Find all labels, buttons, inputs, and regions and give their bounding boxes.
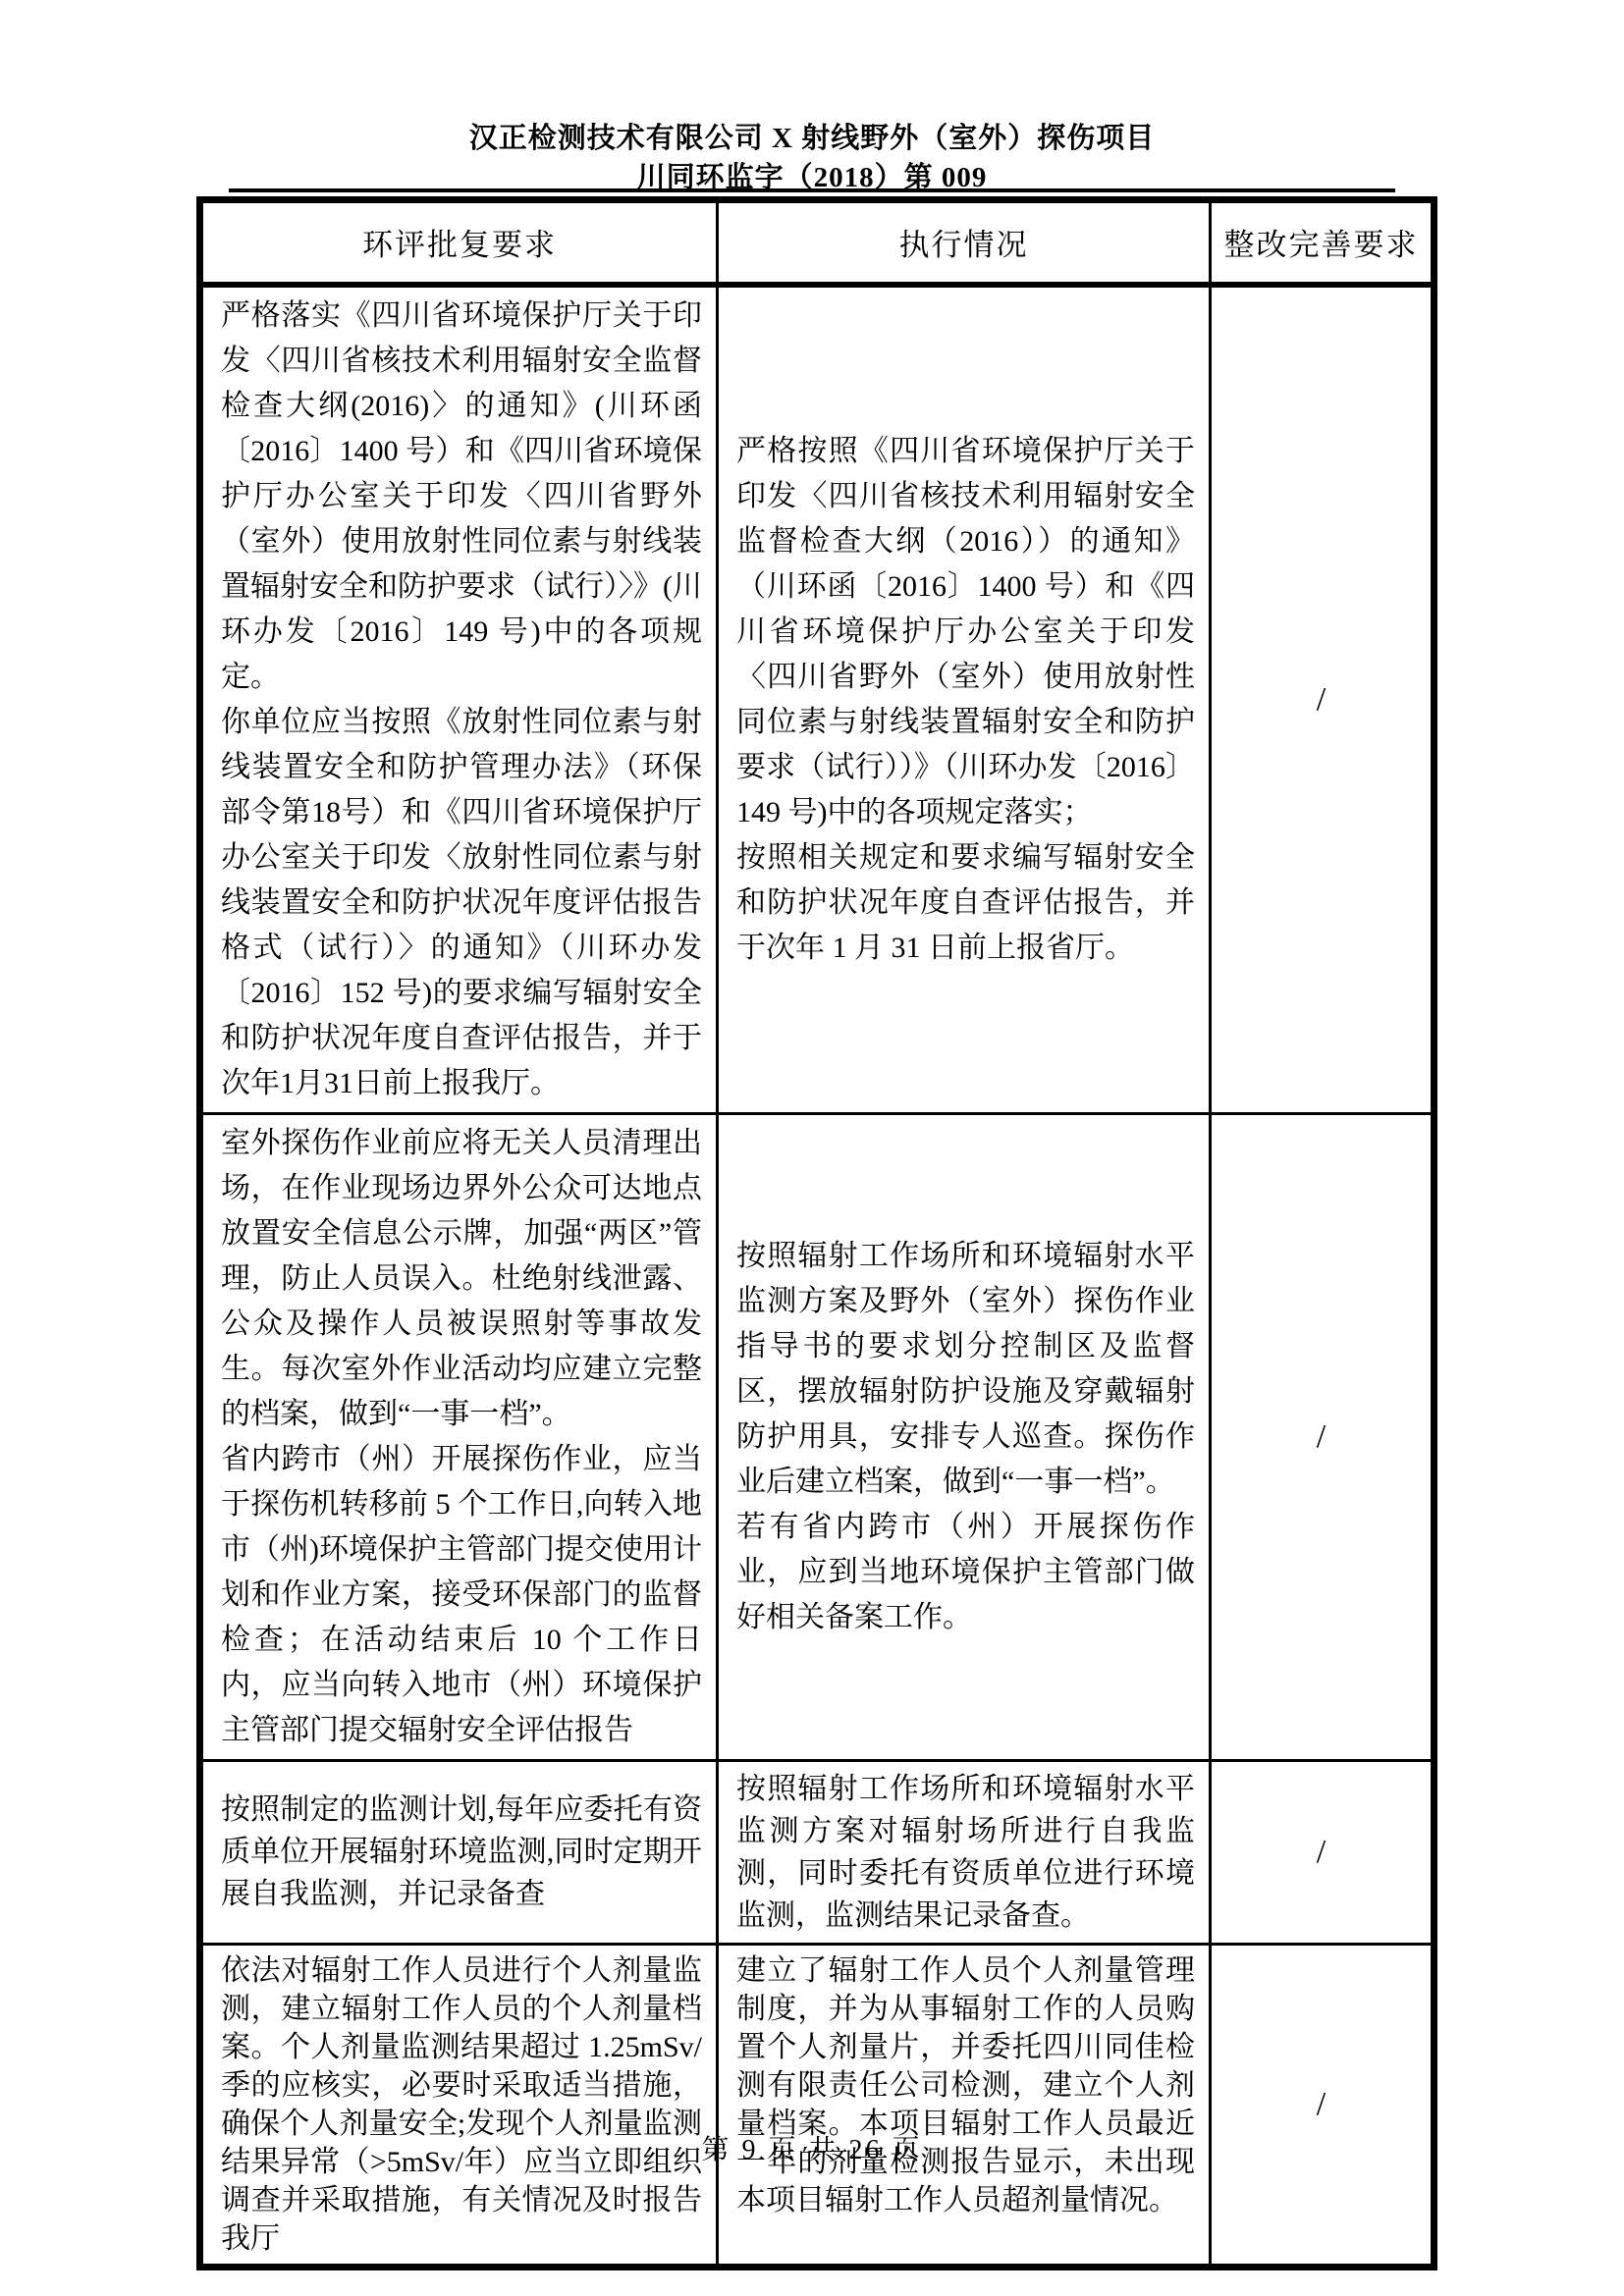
cell-requirement: 按照制定的监测计划,每年应委托有资质单位开展辐射环境监测,同时定期开展自我监测，… [200, 1760, 718, 1944]
cell-requirement: 室外探伤作业前应将无关人员清理出场，在作业现场边界外公众可达地点放置安全信息公示… [200, 1113, 718, 1760]
cell-rectification: / [1211, 285, 1435, 1114]
page-number: 第 9 页 共 26 页 [0, 2128, 1624, 2167]
cell-execution: 按照辐射工作场所和环境辐射水平监测方案及野外（室外）探伤作业指导书的要求划分控制… [718, 1113, 1211, 1760]
paragraph: 按照辐射工作场所和环境辐射水平监测方案及野外（室外）探伤作业指导书的要求划分控制… [736, 1234, 1195, 1505]
paragraph: 室外探伤作业前应将无关人员清理出场，在作业现场边界外公众可达地点放置安全信息公示… [221, 1121, 702, 1437]
cell-execution: 严格按照《四川省环境保护厅关于印发〈四川省核技术利用辐射安全监督检查大纲（201… [718, 285, 1211, 1114]
paragraph: 建立了辐射工作人员个人剂量管理制度，并为从事辐射工作的人员购置个人剂量片，并委托… [736, 1951, 1195, 2219]
cell-rectification: / [1211, 1944, 1435, 2267]
doc-title: 汉正检测技术有限公司 X 射线野外（室外）探伤项目 [0, 116, 1624, 156]
paragraph: 若有省内跨市（州）开展探伤作业，应到当地环境保护主管部门做好相关备案工作。 [736, 1505, 1195, 1640]
col-header-requirement: 环评批复要求 [200, 200, 718, 285]
table-row: 依法对辐射工作人员进行个人剂量监测，建立辐射工作人员的个人剂量档案。个人剂量监测… [200, 1944, 1435, 2267]
paragraph: 按照相关规定和要求编写辐射安全和防护状况年度自查评估报告，并于次年 1 月 31… [736, 835, 1195, 971]
cell-execution: 建立了辐射工作人员个人剂量管理制度，并为从事辐射工作的人员购置个人剂量片，并委托… [718, 1944, 1211, 2267]
cell-requirement: 严格落实《四川省环境保护厅关于印发〈四川省核技术利用辐射安全监督检查大纲(201… [200, 285, 718, 1114]
cell-execution: 按照辐射工作场所和环境辐射水平监测方案对辐射场所进行自我监测，同时委托有资质单位… [718, 1760, 1211, 1944]
paragraph: 按照制定的监测计划,每年应委托有资质单位开展辐射环境监测,同时定期开展自我监测，… [221, 1789, 702, 1915]
paragraph: 你单位应当按照《放射性同位素与射线装置安全和防护管理办法》（环保部令第18号）和… [221, 700, 702, 1106]
review-table: 环评批复要求 执行情况 整改完善要求 严格落实《四川省环境保护厅关于印发〈四川省… [196, 196, 1437, 2270]
col-header-rectification: 整改完善要求 [1211, 200, 1435, 285]
col-header-execution: 执行情况 [718, 200, 1211, 285]
table-header-row: 环评批复要求 执行情况 整改完善要求 [200, 200, 1435, 285]
cell-rectification: / [1211, 1760, 1435, 1944]
cell-rectification: / [1211, 1113, 1435, 1760]
paragraph: 严格落实《四川省环境保护厅关于印发〈四川省核技术利用辐射安全监督检查大纲(201… [221, 294, 702, 700]
paragraph: 依法对辐射工作人员进行个人剂量监测，建立辐射工作人员的个人剂量档案。个人剂量监测… [221, 1951, 702, 2258]
paragraph: 省内跨市（州）开展探伤作业，应当于探伤机转移前 5 个工作日,向转入地市（州)环… [221, 1437, 702, 1753]
paragraph: 按照辐射工作场所和环境辐射水平监测方案对辐射场所进行自我监测，同时委托有资质单位… [736, 1768, 1195, 1937]
paragraph: 严格按照《四川省环境保护厅关于印发〈四川省核技术利用辐射安全监督检查大纲（201… [736, 429, 1195, 835]
table-row: 室外探伤作业前应将无关人员清理出场，在作业现场边界外公众可达地点放置安全信息公示… [200, 1113, 1435, 1760]
cell-requirement: 依法对辐射工作人员进行个人剂量监测，建立辐射工作人员的个人剂量档案。个人剂量监测… [200, 1944, 718, 2267]
document-page: 汉正检测技术有限公司 X 射线野外（室外）探伤项目 川同环监字（2018）第 0… [0, 0, 1624, 2296]
table-row: 严格落实《四川省环境保护厅关于印发〈四川省核技术利用辐射安全监督检查大纲(201… [200, 285, 1435, 1114]
table-row: 按照制定的监测计划,每年应委托有资质单位开展辐射环境监测,同时定期开展自我监测，… [200, 1760, 1435, 1944]
header-rule [229, 188, 1395, 192]
